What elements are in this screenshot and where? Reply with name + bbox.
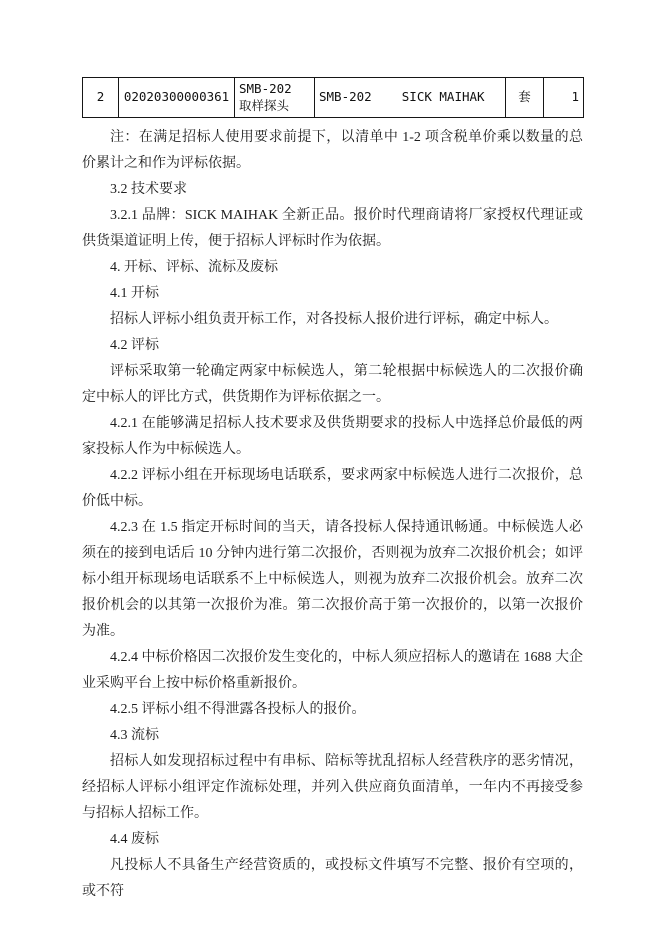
paragraph-note: 注：在满足招标人使用要求前提下，以清单中 1-2 项含税单价乘以数量的总价累计之… bbox=[82, 125, 583, 177]
table-cell-seq: 2 bbox=[83, 78, 119, 118]
paragraph-4-2-3: 4.2.3 在 1.5 指定开标时间的当天，请各投标人保持通讯畅通。中标候选人必… bbox=[82, 515, 583, 645]
table-cell-unit: 套 bbox=[506, 78, 544, 118]
paragraph-4-2-2: 4.2.2 评标小组在开标现场电话联系，要求两家中标候选人进行二次报价，总价低中… bbox=[82, 463, 583, 515]
table-cell-quantity: 1 bbox=[544, 78, 584, 118]
heading-4-4: 4.4 废标 bbox=[82, 827, 583, 853]
table-row: 2 02020300000361 SMB-202 取样探头 SMB-202 SI… bbox=[83, 78, 584, 118]
table-cell-brand-model: SMB-202 SICK MAIHAK bbox=[315, 78, 506, 118]
items-table: 2 02020300000361 SMB-202 取样探头 SMB-202 SI… bbox=[82, 77, 584, 118]
table-cell-material-code: 02020300000361 bbox=[119, 78, 235, 118]
paragraph-4-2-1: 4.2.1 在能够满足招标人技术要求及供货期要求的投标人中选择总价最低的两家投标… bbox=[82, 411, 583, 463]
heading-4-2: 4.2 评标 bbox=[82, 333, 583, 359]
paragraph-4-1-body: 招标人评标小组负责开标工作，对各投标人报价进行评标，确定中标人。 bbox=[82, 307, 583, 333]
paragraph-4-3-body: 招标人如发现招标过程中有串标、陪标等扰乱招标人经营秩序的恶劣情况，经招标人评标小… bbox=[82, 749, 583, 827]
heading-3-2: 3.2 技术要求 bbox=[82, 177, 583, 203]
paragraph-4-4-body: 凡投标人不具备生产经营资质的，或投标文件填写不完整、报价有空项的，或不符 bbox=[82, 853, 583, 905]
document-body: 注：在满足招标人使用要求前提下，以清单中 1-2 项含税单价乘以数量的总价累计之… bbox=[82, 125, 583, 905]
heading-4: 4. 开标、评标、流标及废标 bbox=[82, 255, 583, 281]
heading-4-3: 4.3 流标 bbox=[82, 723, 583, 749]
paragraph-3-2-1: 3.2.1 品牌：SICK MAIHAK 全新正品。报价时代理商请将厂家授权代理… bbox=[82, 203, 583, 255]
paragraph-4-2-5: 4.2.5 评标小组不得泄露各投标人的报价。 bbox=[82, 697, 583, 723]
table-cell-item-name: SMB-202 取样探头 bbox=[235, 78, 315, 118]
paragraph-4-2-body: 评标采取第一轮确定两家中标候选人，第二轮根据中标候选人的二次报价确定中标人的评比… bbox=[82, 359, 583, 411]
page-content: 2 02020300000361 SMB-202 取样探头 SMB-202 SI… bbox=[82, 77, 583, 905]
paragraph-4-2-4: 4.2.4 中标价格因二次报价发生变化的，中标人须应招标人的邀请在 1688 大… bbox=[82, 645, 583, 697]
heading-4-1: 4.1 开标 bbox=[82, 281, 583, 307]
document-page: 2 02020300000361 SMB-202 取样探头 SMB-202 SI… bbox=[0, 0, 662, 936]
